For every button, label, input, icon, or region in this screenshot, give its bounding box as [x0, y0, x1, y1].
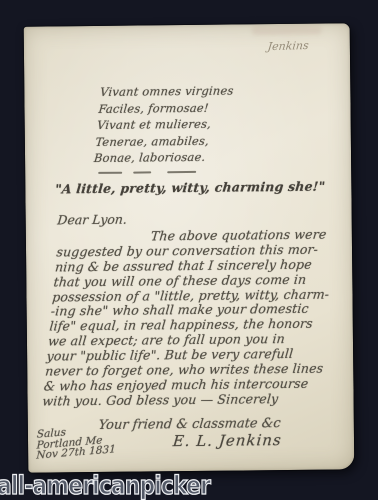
verse-line: Vivant et mulieres,: [96, 116, 231, 134]
signature: E. L. Jenkins: [172, 431, 282, 450]
body-line: with you. God bless you — Sincerely: [42, 391, 345, 409]
letter-photo: Jenkins Vivant omnes virgines Faciles, f…: [0, 0, 378, 500]
salutation: Dear Lyon.: [57, 212, 128, 228]
latin-verse: Vivant omnes virgines Faciles, formosae!…: [93, 83, 234, 167]
ink-underline: [98, 172, 122, 174]
quote-line: "A little, pretty, witty, charming she!": [54, 179, 325, 197]
verse-line: Vivant omnes virgines: [99, 83, 234, 101]
pencil-smudge: [252, 26, 322, 36]
ink-underline: [167, 171, 196, 173]
verse-line: Tenerae, amabiles,: [95, 132, 230, 150]
verse-line: Bonae, laboriosae.: [93, 149, 228, 167]
letter-paper: Jenkins Vivant omnes virgines Faciles, f…: [24, 23, 355, 472]
seller-watermark: all-americanpicker: [0, 472, 210, 500]
verse-line: Faciles, formosae!: [98, 99, 233, 117]
ink-underline: [133, 171, 151, 173]
pencil-annotation: Jenkins: [267, 39, 309, 53]
place-date-block: Salus Portland Me Nov 27th 1831: [36, 423, 116, 461]
letter-body: The above quotations were suggested by o…: [42, 227, 361, 409]
